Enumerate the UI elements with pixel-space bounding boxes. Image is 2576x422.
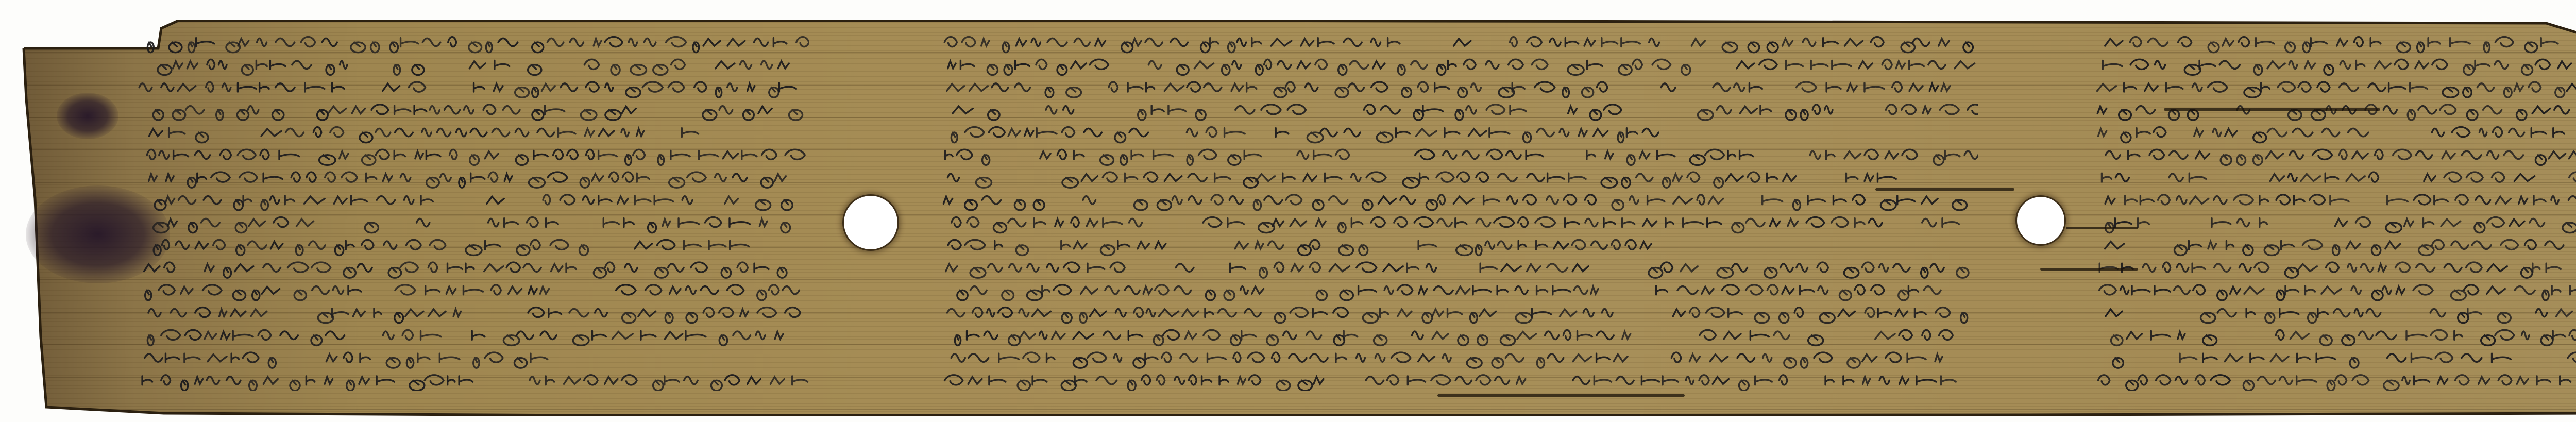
leaf-crack xyxy=(2066,227,2138,229)
text-block-center xyxy=(938,30,1978,391)
leaf-crack xyxy=(2164,108,2380,111)
binding-hole xyxy=(2017,197,2064,244)
ink-stain xyxy=(57,93,118,139)
text-block-left xyxy=(134,30,809,391)
leaf-crack xyxy=(1437,394,1685,397)
leaf-crack xyxy=(2040,268,2138,271)
leaf-crack xyxy=(1875,188,2014,191)
binding-hole xyxy=(844,196,897,249)
text-block-right xyxy=(2092,30,2576,391)
